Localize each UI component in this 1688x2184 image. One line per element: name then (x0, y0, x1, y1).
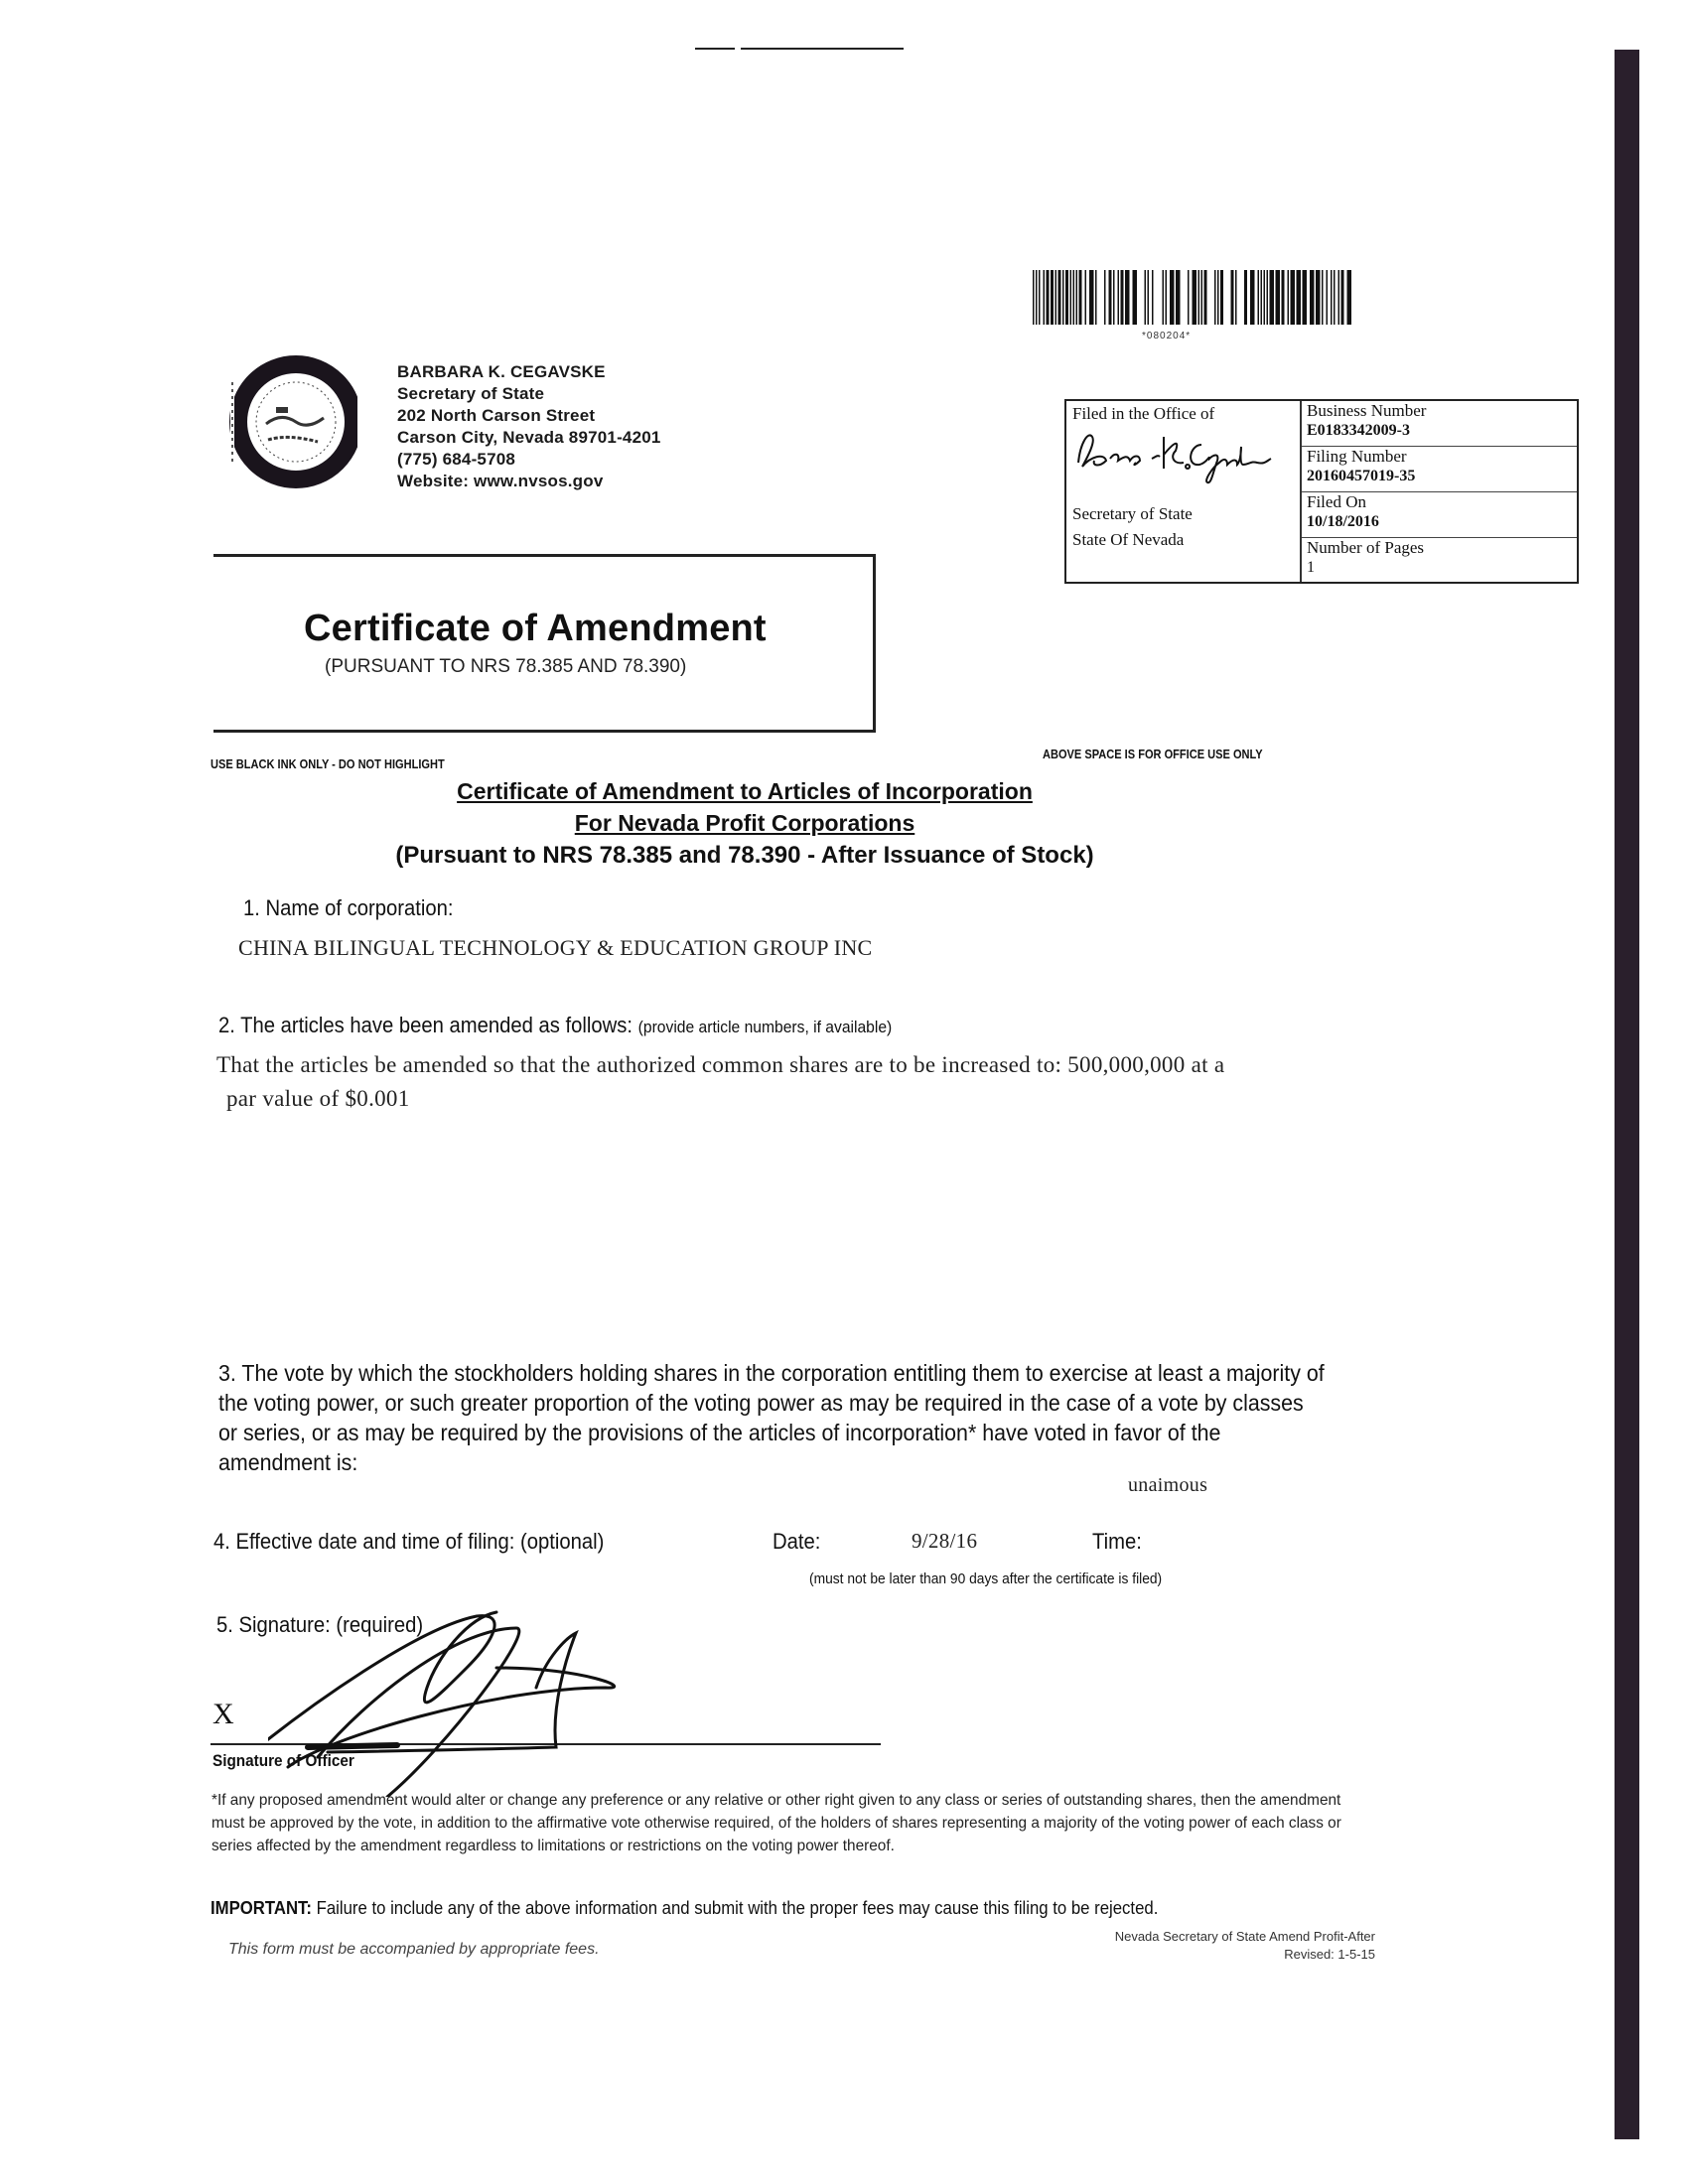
scan-edge-strip (1615, 50, 1639, 2139)
important-label: IMPORTANT: (211, 1898, 312, 1918)
office-use-note: ABOVE SPACE IS FOR OFFICE USE ONLY (1043, 747, 1263, 761)
secretary-of-state-address: BARBARA K. CEGAVSKE Secretary of State 2… (397, 361, 661, 492)
form-heading-line2: For Nevada Profit Corporations (0, 810, 1489, 837)
secretary-name: BARBARA K. CEGAVSKE (397, 361, 661, 383)
filed-on-cell: Filed On 10/18/2016 (1302, 492, 1577, 538)
officer-signature-icon (268, 1598, 695, 1797)
time-label: Time: (1092, 1529, 1142, 1555)
amendment-text-line2[interactable]: par value of $0.001 (226, 1086, 410, 1112)
date-label: Date: (773, 1529, 820, 1555)
filing-stamp-table: Filed in the Office of Secretary of Stat… (1064, 399, 1579, 584)
signature-x-mark: X (212, 1698, 234, 1731)
number-of-pages-cell: Number of Pages 1 (1302, 538, 1577, 584)
corporation-name-label: 1. Name of corporation: (243, 895, 454, 921)
filing-number-cell: Filing Number 20160457019-35 (1302, 447, 1577, 492)
form-heading-line1: Certificate of Amendment to Articles of … (0, 778, 1489, 805)
important-notice: IMPORTANT: Failure to include any of the… (211, 1898, 1158, 1919)
vote-statement: 3. The vote by which the stockholders ho… (218, 1358, 1327, 1477)
amendment-label: 2. The articles have been amended as fol… (218, 1013, 892, 1038)
amendment-text-line1[interactable]: That the articles be amended so that the… (216, 1052, 1224, 1078)
phone-number: (775) 684-5708 (397, 449, 661, 471)
form-heading-line3: (Pursuant to NRS 78.385 and 78.390 - Aft… (0, 842, 1489, 870)
corporation-name-field[interactable]: CHINA BILINGUAL TECHNOLOGY & EDUCATION G… (238, 935, 873, 961)
filing-number: 20160457019-35 (1307, 467, 1577, 486)
barcode-number: *080204* (1142, 331, 1191, 341)
ink-instruction: USE BLACK INK ONLY - DO NOT HIGHLIGHT (211, 756, 445, 771)
fees-note: This form must be accompanied by appropr… (228, 1941, 600, 1959)
amendment-hint: (provide article numbers, if available) (638, 1018, 893, 1036)
scan-artifact-line (695, 48, 904, 50)
certificate-title: Certificate of Amendment (304, 608, 767, 650)
filed-office-cell: Filed in the Office of Secretary of Stat… (1066, 401, 1302, 582)
website: Website: www.nvsos.gov (397, 471, 661, 492)
certificate-subtitle: (PURSUANT TO NRS 78.385 AND 78.390) (325, 656, 686, 678)
form-identifier: Nevada Secretary of State Amend Profit-A… (1053, 1928, 1375, 1964)
secretary-signature-icon (1070, 423, 1297, 484)
number-of-pages: 1 (1307, 558, 1577, 578)
amendment-footnote: *If any proposed amendment would alter o… (211, 1789, 1345, 1857)
secretary-title: Secretary of State (397, 383, 661, 405)
city-address: Carson City, Nevada 89701-4201 (397, 427, 661, 449)
barcode-icon (1033, 270, 1355, 325)
business-number-cell: Business Number E0183342009-3 (1302, 401, 1577, 447)
street-address: 202 North Carson Street (397, 405, 661, 427)
filed-in-office-label: Filed in the Office of (1072, 404, 1214, 424)
filed-on-date: 10/18/2016 (1307, 512, 1577, 532)
filing-details: Business Number E0183342009-3 Filing Num… (1302, 401, 1577, 582)
business-number: E0183342009-3 (1307, 421, 1577, 441)
date-field[interactable]: 9/28/16 (912, 1529, 977, 1554)
important-text: Failure to include any of the above info… (317, 1898, 1159, 1918)
nevada-seal-icon (226, 352, 357, 491)
date-limit-note: (must not be later than 90 days after th… (809, 1570, 1162, 1587)
effective-date-label: 4. Effective date and time of filing: (o… (213, 1529, 604, 1555)
vote-result-field[interactable]: unaimous (1128, 1474, 1207, 1497)
secretary-state-label: Secretary of State State Of Nevada (1072, 501, 1193, 553)
